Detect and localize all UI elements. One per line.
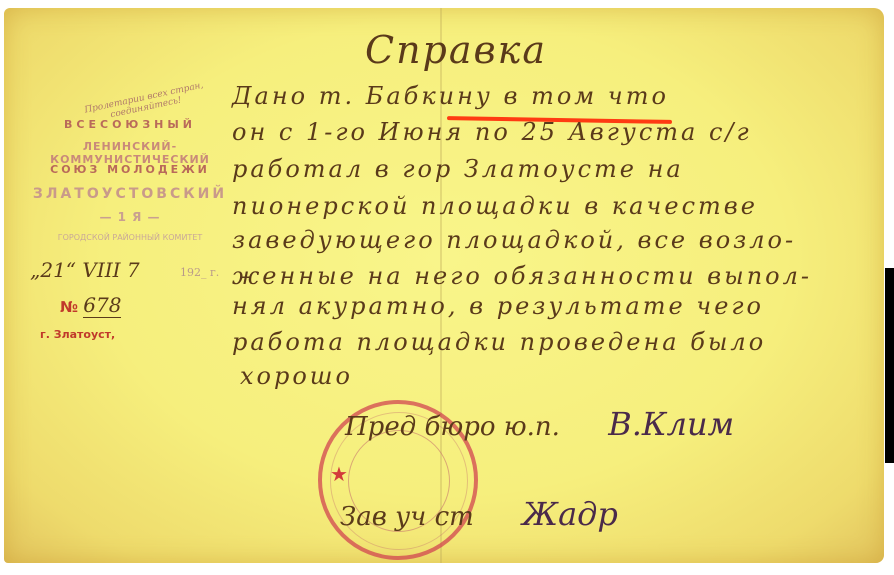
signature-1-role: Пред бюро ю.п. (345, 412, 560, 442)
body-line-6: женные на него обязанности выпол- (232, 262, 812, 290)
komsomol-letterhead-stamp: Пролетарии всех стран, соединяйтесь! ВСЕ… (25, 88, 235, 348)
stamp-line-5: — 1 Я — (25, 210, 235, 224)
signature-row-2: Зав уч ст Жадр (340, 495, 618, 533)
signature-2-autograph: Жадр (522, 495, 618, 533)
body-line-2: он с 1-го Июня по 25 Августа с/г (232, 118, 752, 146)
document-title: Справка (365, 28, 547, 72)
scan-edge-bar (885, 268, 894, 463)
signature-2-role: Зав уч ст (340, 502, 474, 532)
body-line-1: Дано т. Бабкину в том что (232, 82, 669, 110)
body-line-8: работа площадки проведена было (232, 328, 766, 356)
body-line-7: нял акуратно, в результате чего (232, 292, 764, 320)
document-number: № 678 (60, 293, 121, 317)
body-line-3: работал в гор Златоусте на (232, 155, 684, 183)
signature-1-autograph: В.Клим (608, 405, 734, 443)
signature-row-1: Пред бюро ю.п. В.Клим (345, 405, 734, 443)
number-value: 678 (83, 293, 121, 318)
stamp-line-4: ЗЛАТОУСТОВСКИЙ (25, 186, 235, 202)
number-label: № (60, 298, 78, 316)
body-line-5: заведующего площадкой, все возло- (232, 226, 796, 254)
stamp-city: г. Златоуст, (40, 328, 115, 341)
star-icon: ★ (330, 462, 348, 486)
stamp-line-1: ВСЕСОЮЗНЫЙ (25, 118, 235, 131)
body-line-4: пионерской площадки в качестве (232, 192, 758, 220)
body-line-9: хорошо (240, 362, 353, 390)
document-date: „21“ VIII 7 (30, 258, 140, 282)
stamp-line-3: СОЮЗ МОЛОДЕЖИ (25, 163, 235, 176)
stamp-year: 192_ г. (180, 266, 219, 279)
stamp-line-6: ГОРОДСКОЙ РАЙОННЫЙ КОМИТЕТ (25, 233, 235, 242)
